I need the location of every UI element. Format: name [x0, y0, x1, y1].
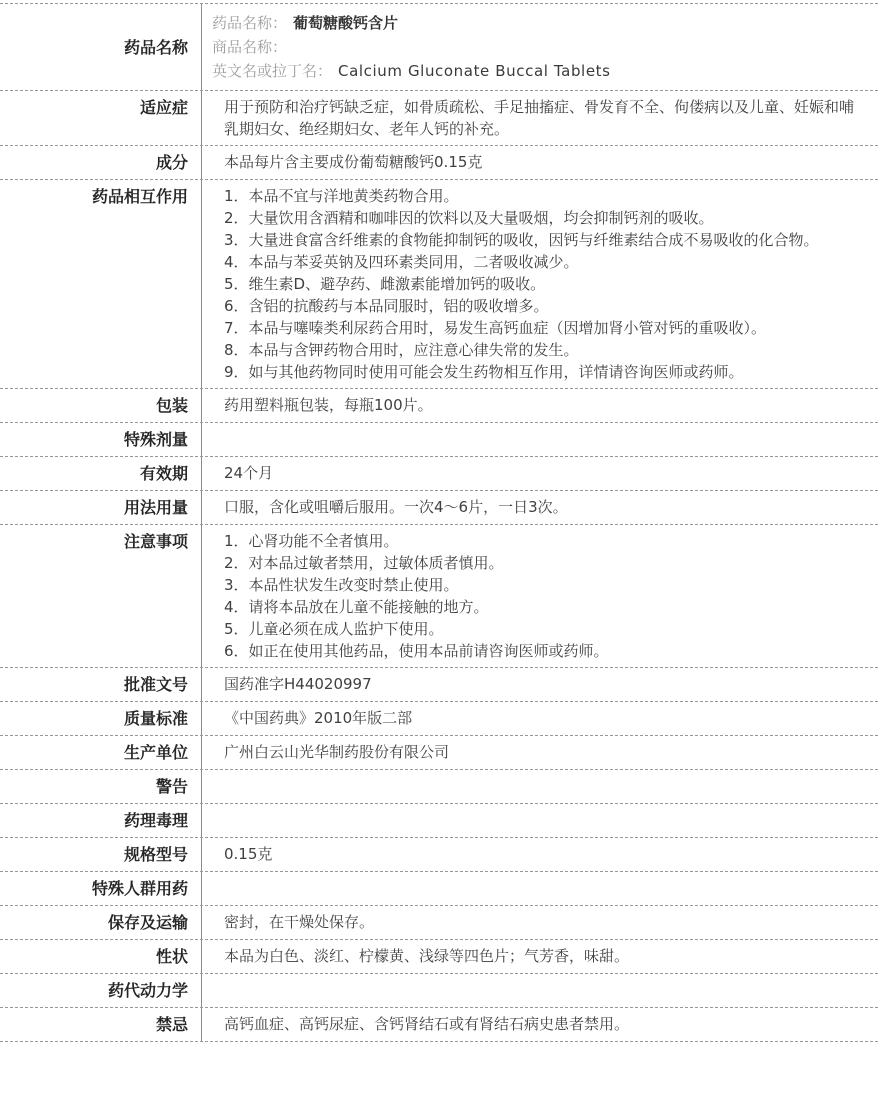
row-content: 药品名称：葡萄糖酸钙含片 商品名称： 英文名或拉丁名：Calcium Gluco… — [202, 4, 878, 90]
field-prefix: 药品名称： — [212, 14, 287, 32]
row-content: 广州白云山光华制药股份有限公司 — [202, 736, 878, 769]
row-label: 用法用量 — [0, 491, 202, 524]
field-prefix: 英文名或拉丁名： — [212, 62, 332, 80]
row-label: 适应症 — [0, 91, 202, 145]
row-content — [202, 804, 878, 837]
row-indications: 适应症 用于预防和治疗钙缺乏症，如骨质疏松、手足抽搐症、骨发育不全、佝偻病以及儿… — [0, 91, 878, 146]
row-content: 密封，在干燥处保存。 — [202, 906, 878, 939]
field-value: Calcium Gluconate Buccal Tablets — [338, 62, 611, 80]
row-content: 本品每片含主要成份葡萄糖酸钙0.15克 — [202, 146, 878, 179]
row-warning: 警告 — [0, 770, 878, 804]
row-drug-name: 药品名称 药品名称：葡萄糖酸钙含片 商品名称： 英文名或拉丁名：Calcium … — [0, 4, 878, 91]
row-label: 成分 — [0, 146, 202, 179]
row-special-dosage: 特殊剂量 — [0, 423, 878, 457]
field-generic-name: 药品名称：葡萄糖酸钙含片 — [212, 11, 864, 35]
list-item: 8．本品与含钾药物合用时，应注意心律失常的发生。 — [224, 339, 864, 361]
row-pharmacokinetics: 药代动力学 — [0, 974, 878, 1008]
row-content: 1．本品不宜与洋地黄类药物合用。 2．大量饮用含酒精和咖啡因的饮料以及大量吸烟，… — [202, 180, 878, 388]
list-item: 6．含铝的抗酸药与本品同服时，铝的吸收增多。 — [224, 295, 864, 317]
row-quality-standard: 质量标准 《中国药典》2010年版二部 — [0, 702, 878, 736]
row-content: 国药准字H44020997 — [202, 668, 878, 701]
row-content: 本品为白色、淡红、柠檬黄、浅绿等四色片；气芳香，味甜。 — [202, 940, 878, 973]
field-value: 葡萄糖酸钙含片 — [293, 14, 398, 32]
row-shelf-life: 有效期 24个月 — [0, 457, 878, 491]
field-prefix: 商品名称： — [212, 38, 287, 56]
row-content: 高钙血症、高钙尿症、含钙肾结石或有肾结石病史患者禁用。 — [202, 1008, 878, 1041]
row-label: 警告 — [0, 770, 202, 803]
row-content — [202, 423, 878, 456]
row-description: 性状 本品为白色、淡红、柠檬黄、浅绿等四色片；气芳香，味甜。 — [0, 940, 878, 974]
row-label: 保存及运输 — [0, 906, 202, 939]
row-label: 特殊剂量 — [0, 423, 202, 456]
list-item: 2．大量饮用含酒精和咖啡因的饮料以及大量吸烟，均会抑制钙剂的吸收。 — [224, 207, 864, 229]
list-item: 4．本品与苯妥英钠及四环素类同用，二者吸收减少。 — [224, 251, 864, 273]
row-precautions: 注意事项 1．心肾功能不全者慎用。 2．对本品过敏者禁用，过敏体质者慎用。 3．… — [0, 525, 878, 668]
row-label: 药理毒理 — [0, 804, 202, 837]
field-english-name: 英文名或拉丁名：Calcium Gluconate Buccal Tablets — [212, 59, 864, 83]
row-label: 批准文号 — [0, 668, 202, 701]
list-item: 2．对本品过敏者禁用，过敏体质者慎用。 — [224, 552, 864, 574]
row-packaging: 包装 药用塑料瓶包装，每瓶100片。 — [0, 389, 878, 423]
row-pharmacology-toxicology: 药理毒理 — [0, 804, 878, 838]
row-label: 药代动力学 — [0, 974, 202, 1007]
list-item: 1．本品不宜与洋地黄类药物合用。 — [224, 185, 864, 207]
row-content: 药用塑料瓶包装，每瓶100片。 — [202, 389, 878, 422]
row-content: 0.15克 — [202, 838, 878, 871]
list-item: 5．儿童必须在成人监护下使用。 — [224, 618, 864, 640]
row-label: 药品名称 — [0, 4, 202, 90]
list-item: 7．本品与噻嗪类利尿药合用时，易发生高钙血症（因增加肾小管对钙的重吸收）。 — [224, 317, 864, 339]
row-storage-transport: 保存及运输 密封，在干燥处保存。 — [0, 906, 878, 940]
row-approval-number: 批准文号 国药准字H44020997 — [0, 668, 878, 702]
row-content: 24个月 — [202, 457, 878, 490]
row-label: 质量标准 — [0, 702, 202, 735]
row-label: 禁忌 — [0, 1008, 202, 1041]
row-label: 有效期 — [0, 457, 202, 490]
row-dosage-usage: 用法用量 口服，含化或咀嚼后服用。一次4～6片，一日3次。 — [0, 491, 878, 525]
row-content — [202, 770, 878, 803]
row-content: 《中国药典》2010年版二部 — [202, 702, 878, 735]
row-label: 特殊人群用药 — [0, 872, 202, 905]
row-label: 药品相互作用 — [0, 180, 202, 388]
list-item: 3．本品性状发生改变时禁止使用。 — [224, 574, 864, 596]
row-specification: 规格型号 0.15克 — [0, 838, 878, 872]
row-special-population: 特殊人群用药 — [0, 872, 878, 906]
row-content: 口服，含化或咀嚼后服用。一次4～6片，一日3次。 — [202, 491, 878, 524]
row-content: 1．心肾功能不全者慎用。 2．对本品过敏者禁用，过敏体质者慎用。 3．本品性状发… — [202, 525, 878, 667]
field-trade-name: 商品名称： — [212, 35, 864, 59]
list-item: 1．心肾功能不全者慎用。 — [224, 530, 864, 552]
drug-info-table: 药品名称 药品名称：葡萄糖酸钙含片 商品名称： 英文名或拉丁名：Calcium … — [0, 3, 878, 1042]
row-label: 注意事项 — [0, 525, 202, 667]
row-content: 用于预防和治疗钙缺乏症，如骨质疏松、手足抽搐症、骨发育不全、佝偻病以及儿童、妊娠… — [202, 91, 878, 145]
row-label: 包装 — [0, 389, 202, 422]
row-contraindications: 禁忌 高钙血症、高钙尿症、含钙肾结石或有肾结石病史患者禁用。 — [0, 1008, 878, 1042]
list-item: 6．如正在使用其他药品，使用本品前请咨询医师或药师。 — [224, 640, 864, 662]
row-content — [202, 974, 878, 1007]
row-label: 规格型号 — [0, 838, 202, 871]
list-item: 4．请将本品放在儿童不能接触的地方。 — [224, 596, 864, 618]
row-manufacturer: 生产单位 广州白云山光华制药股份有限公司 — [0, 736, 878, 770]
list-item: 9．如与其他药物同时使用可能会发生药物相互作用，详情请咨询医师或药师。 — [224, 361, 864, 383]
list-item: 5．维生素D、避孕药、雌激素能增加钙的吸收。 — [224, 273, 864, 295]
list-item: 3．大量进食富含纤维素的食物能抑制钙的吸收，因钙与纤维素结合成不易吸收的化合物。 — [224, 229, 864, 251]
row-drug-interactions: 药品相互作用 1．本品不宜与洋地黄类药物合用。 2．大量饮用含酒精和咖啡因的饮料… — [0, 180, 878, 389]
row-content — [202, 872, 878, 905]
row-label: 性状 — [0, 940, 202, 973]
row-ingredients: 成分 本品每片含主要成份葡萄糖酸钙0.15克 — [0, 146, 878, 180]
row-label: 生产单位 — [0, 736, 202, 769]
